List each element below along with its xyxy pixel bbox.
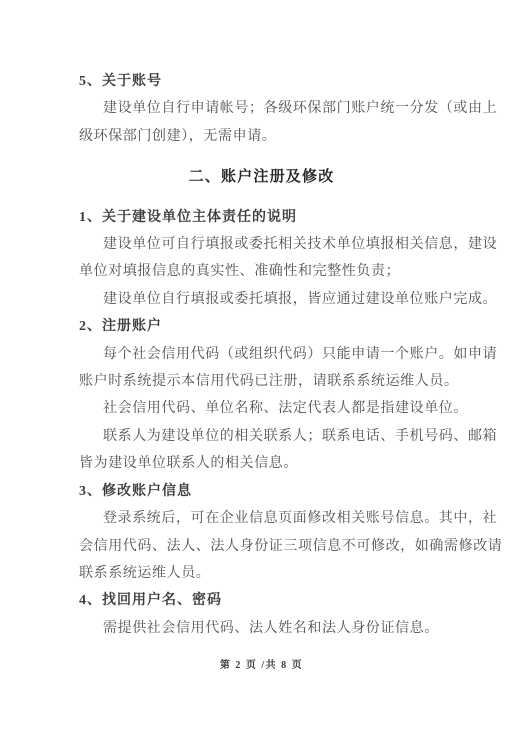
heading-register-account: 2、注册账户 [0, 313, 523, 340]
body-text-line: 账户时系统提示本信用代码已注册，请联系系统运维人员。 [0, 368, 523, 395]
heading-modify-info: 3、修改账户信息 [0, 478, 523, 505]
body-text-line: 建设单位自行填报或委托填报，皆应通过建设单位账户完成。 [0, 286, 523, 313]
body-text-line: 社会信用代码、单位名称、法定代表人都是指建设单位。 [0, 395, 523, 422]
body-text-line: 皆为建设单位联系人的相关信息。 [0, 450, 523, 477]
body-text-line: 需提供社会信用代码、法人姓名和法人身份证信息。 [0, 615, 523, 642]
section-heading-registration: 二、账户注册及修改 [0, 163, 523, 190]
body-text-line: 登录系统后，可在企业信息页面修改相关账号信息。其中，社 [0, 505, 523, 532]
body-text-line: 联系系统运维人员。 [0, 560, 523, 587]
heading-account: 5、关于账号 [0, 68, 523, 95]
document-content: 5、关于账号 建设单位自行申请帐号；各级环保部门账户统一分发（或由上 级环保部门… [0, 68, 523, 642]
page-number: 第 2 页 /共 8 页 [0, 656, 523, 671]
body-text-line: 每个社会信用代码（或组织代码）只能申请一个账户。如申请 [0, 341, 523, 368]
body-text-line: 单位对填报信息的真实性、准确性和完整性负责； [0, 258, 523, 285]
heading-recover-credentials: 4、找回用户名、密码 [0, 587, 523, 614]
body-text-line: 会信用代码、法人、法人身份证三项信息不可修改，如确需修改请 [0, 533, 523, 560]
body-text-line: 级环保部门创建），无需申请。 [0, 123, 523, 150]
body-text-line: 建设单位自行申请帐号；各级环保部门账户统一分发（或由上 [0, 95, 523, 122]
document-page: 5、关于账号 建设单位自行申请帐号；各级环保部门账户统一分发（或由上 级环保部门… [0, 0, 523, 740]
heading-responsibility: 1、关于建设单位主体责任的说明 [0, 204, 523, 231]
body-text-line: 联系人为建设单位的相关联系人；联系电话、手机号码、邮箱 [0, 423, 523, 450]
body-text-line: 建设单位可自行填报或委托相关技术单位填报相关信息，建设 [0, 231, 523, 258]
